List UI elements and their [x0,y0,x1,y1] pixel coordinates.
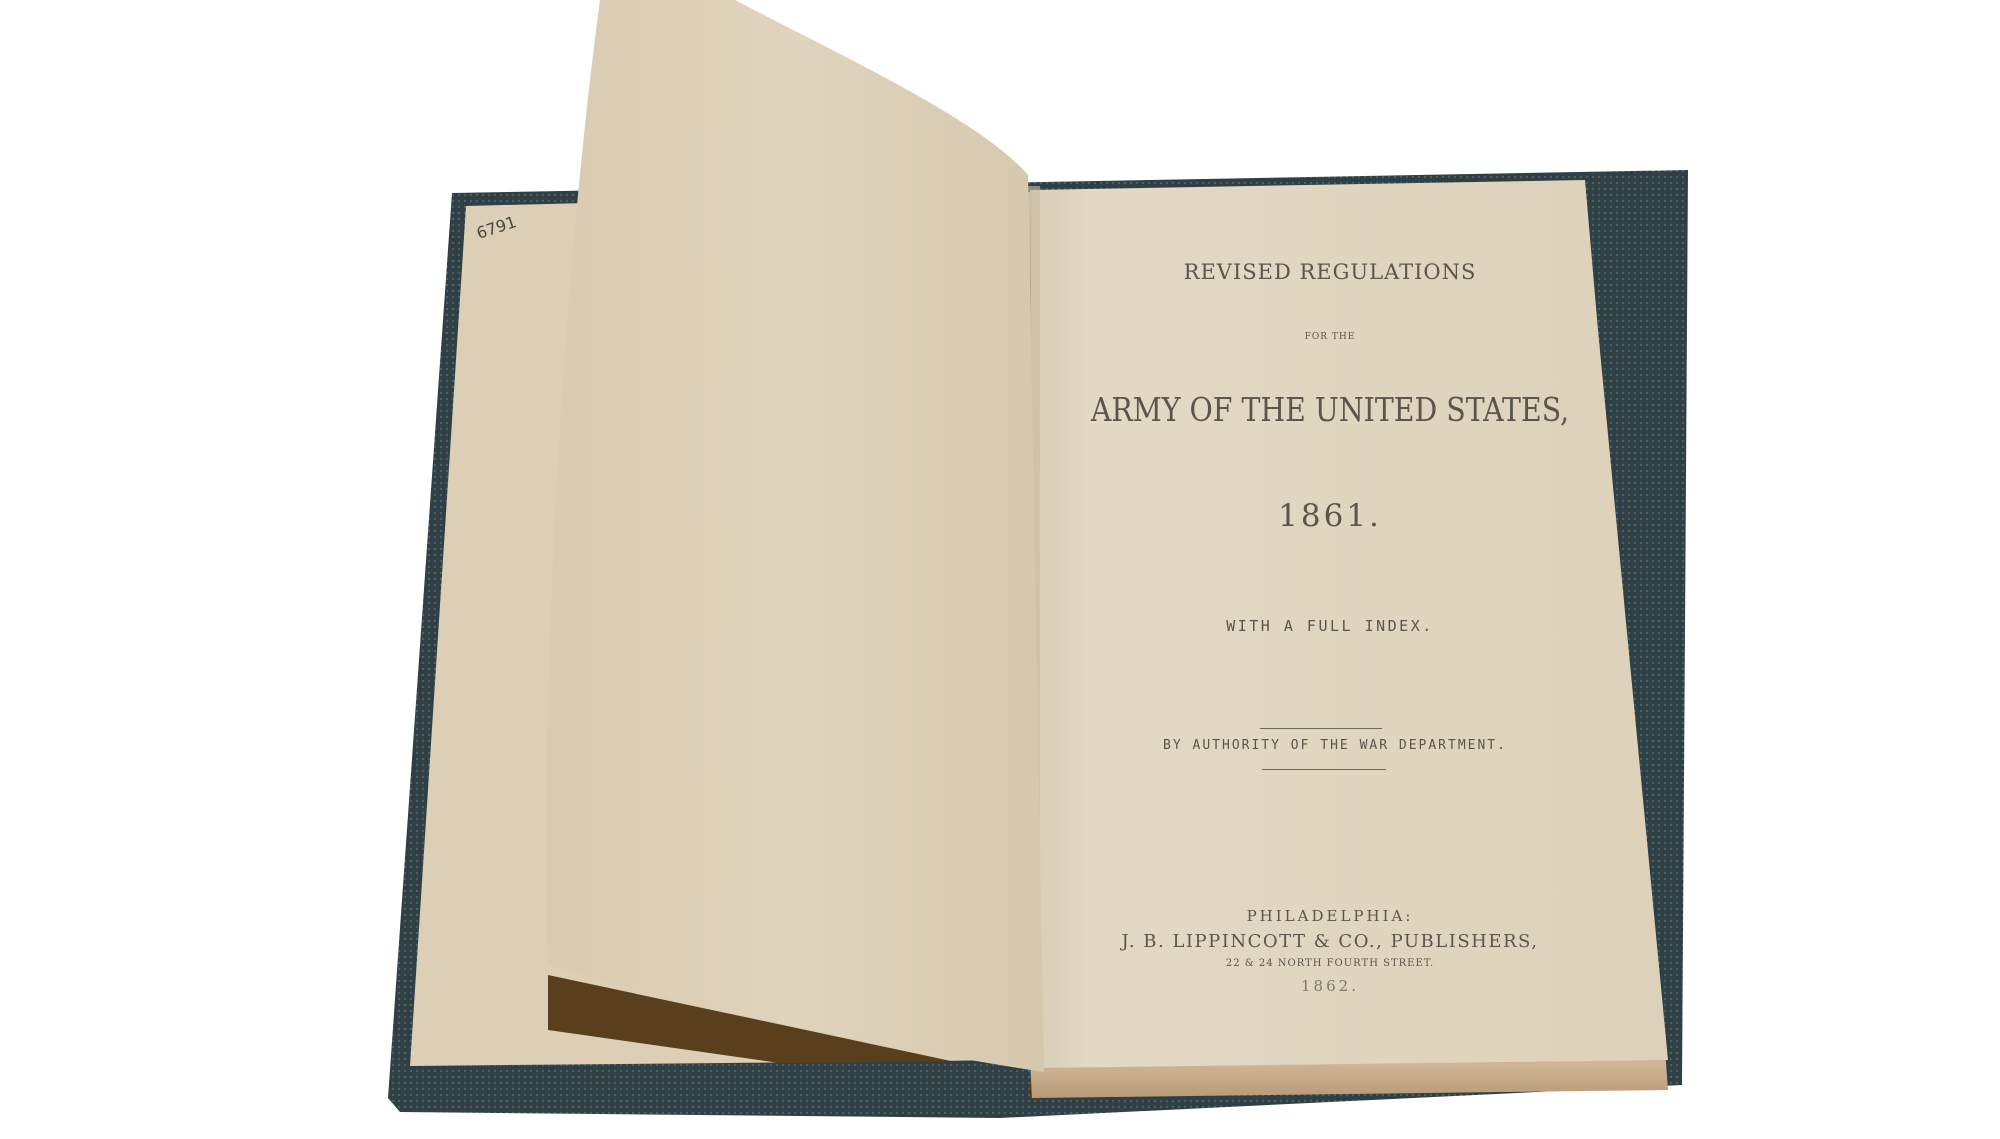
book-illustration [0,0,2000,1139]
subtitle: WITH A FULL INDEX. [1040,617,1620,635]
title-page: REVISED REGULATIONS FOR THE ARMY OF THE … [1040,180,1620,1080]
publisher-address: 22 & 24 NORTH FOURTH STREET. [1040,958,1620,969]
title-line-2: FOR THE [1040,332,1620,342]
lifted-leaf [546,0,1044,1072]
imprint-year: 1862. [1040,977,1620,995]
title-line-1: REVISED REGULATIONS [1040,260,1620,284]
title-line-3: ARMY OF THE UNITED STATES, [1081,390,1580,429]
divider-top [1260,728,1382,729]
divider-bottom [1262,769,1386,770]
imprint-city: PHILADELPHIA: [1040,907,1620,925]
authority-line: BY AUTHORITY OF THE WAR DEPARTMENT. [1040,738,1620,753]
book-photo: 6791 REVISED REGULATIONS FOR THE ARMY OF… [0,0,2000,1139]
publisher: J. B. LIPPINCOTT & CO., PUBLISHERS, [1040,931,1620,952]
title-year: 1861. [1040,498,1620,534]
